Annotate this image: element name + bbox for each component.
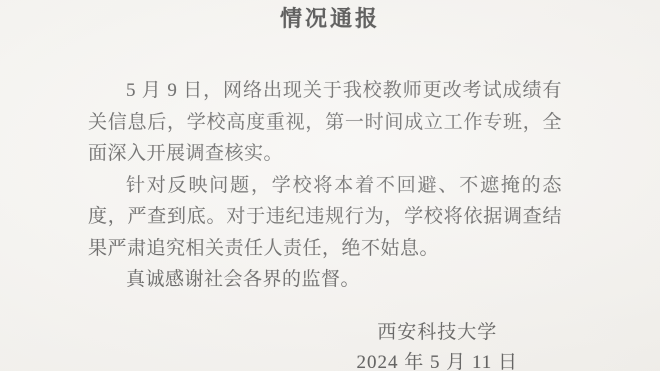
signature-organization: 西安科技大学	[356, 318, 518, 348]
document-title: 情况通报	[0, 6, 660, 32]
document-body: 5 月 9 日，网络出现关于我校教师更改考试成绩有关信息后，学校高度重视，第一时…	[88, 75, 562, 296]
signature-block: 西安科技大学 2024 年 5 月 11 日	[356, 318, 518, 371]
signature-date: 2024 年 5 月 11 日	[356, 348, 518, 371]
paragraph-investigation-start: 5 月 9 日，网络出现关于我校教师更改考试成绩有关信息后，学校高度重视，第一时…	[88, 75, 562, 170]
paragraph-thanks: 真诚感谢社会各界的监督。	[88, 264, 562, 296]
paragraph-accountability: 针对反映问题，学校将本着不回避、不遮掩的态度，严查到底。对于违纪违规行为，学校将…	[88, 170, 562, 265]
notice-document: 情况通报 5 月 9 日，网络出现关于我校教师更改考试成绩有关信息后，学校高度重…	[0, 0, 660, 371]
